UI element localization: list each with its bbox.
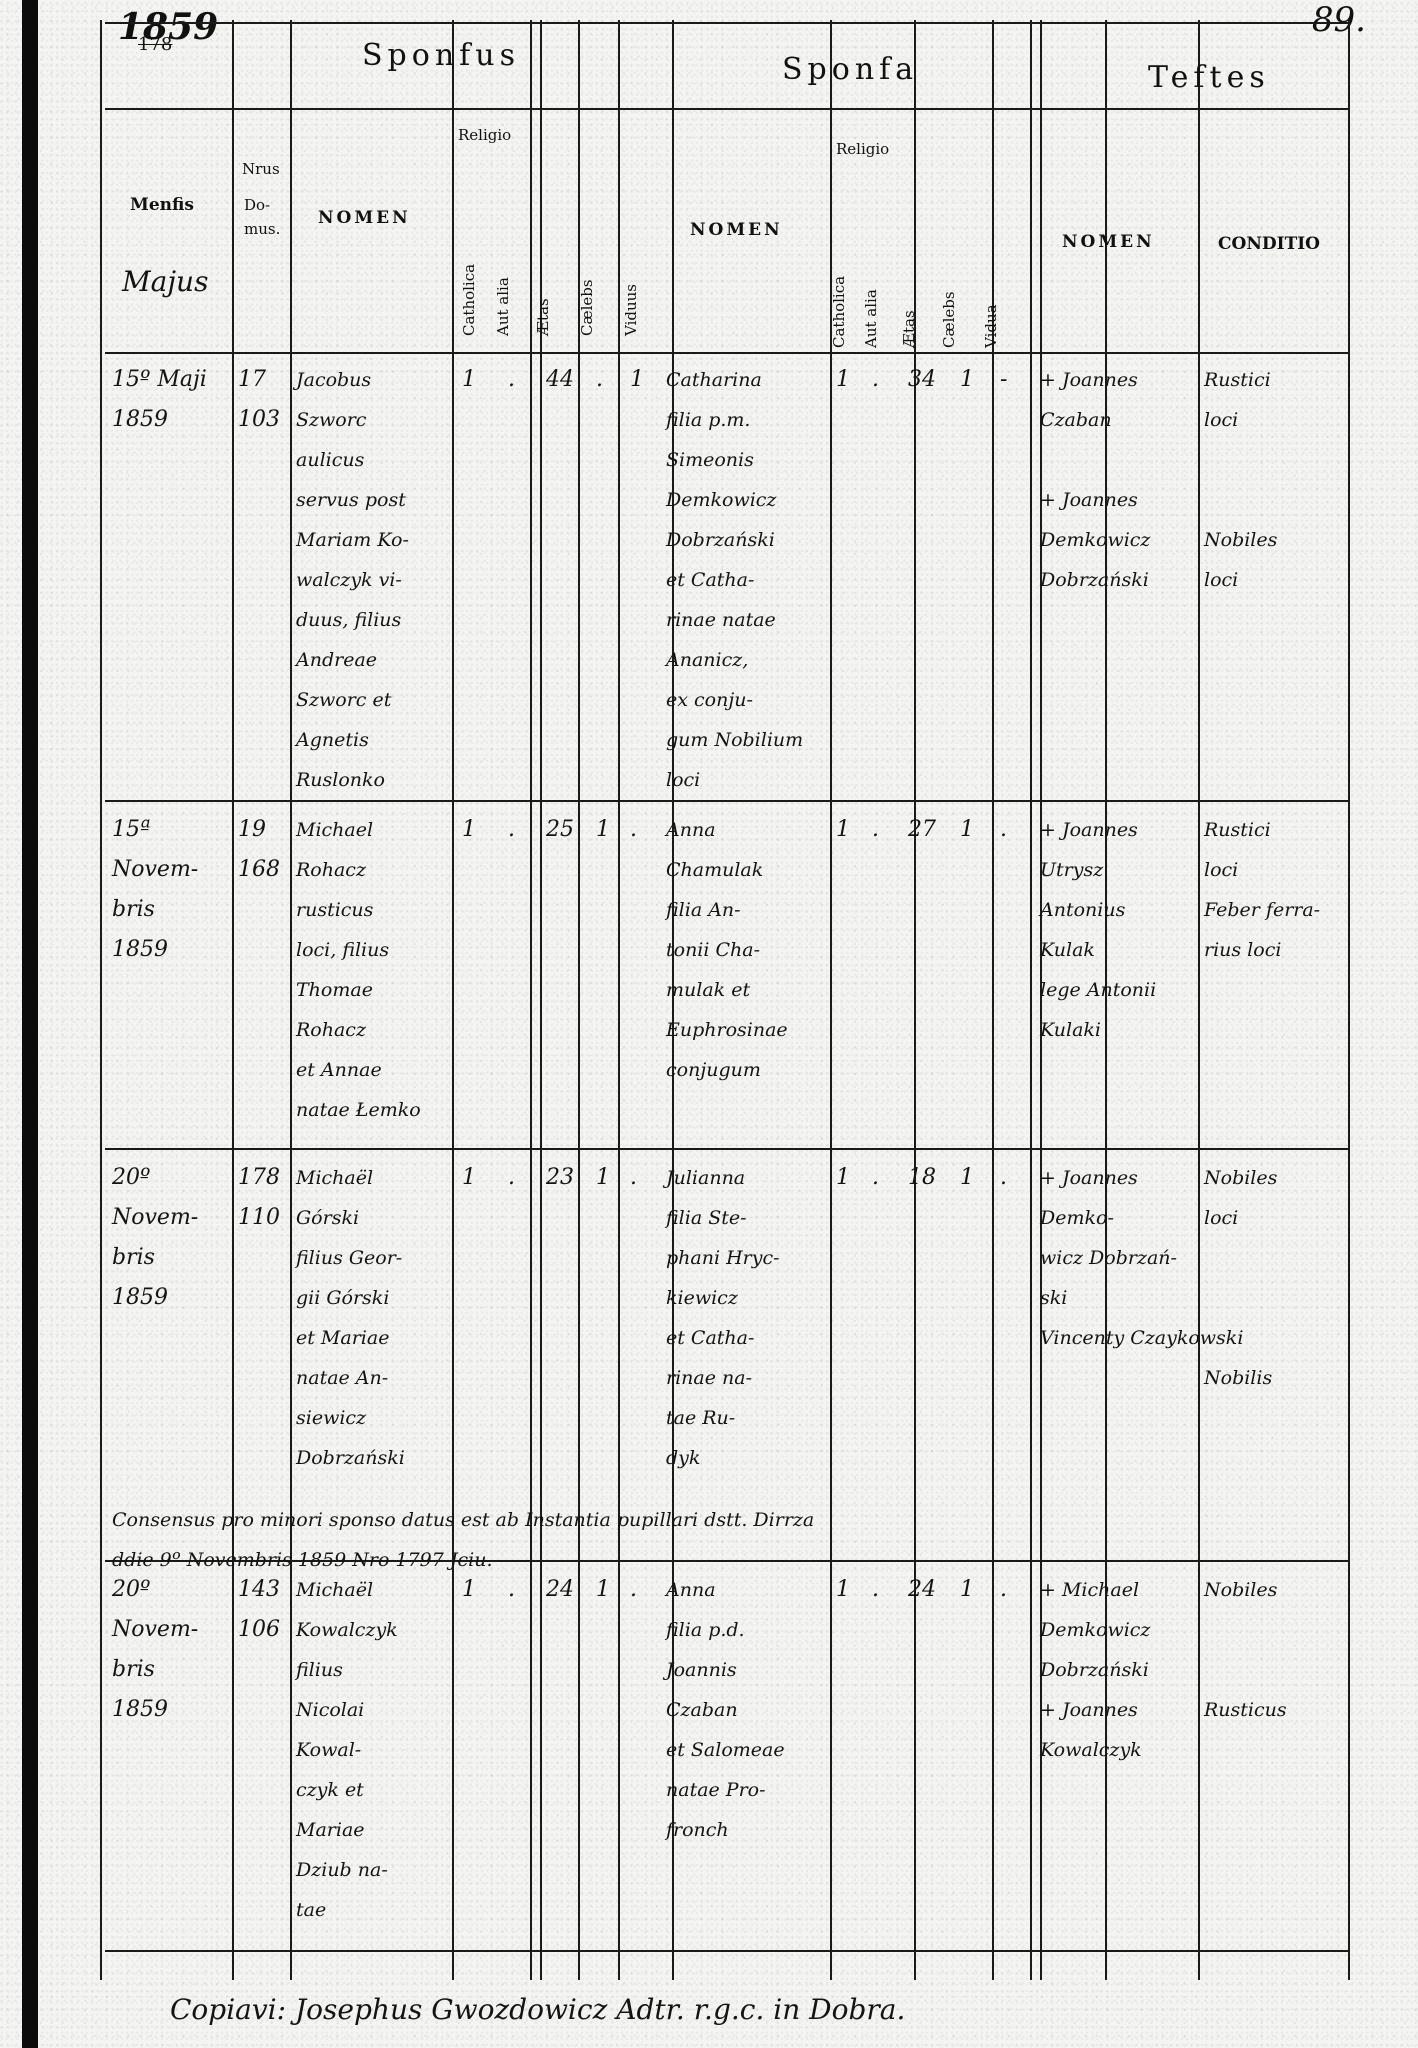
column-rule [1198,20,1200,1980]
header-groom-name: NOMEN [318,208,411,228]
entry-groom-aetas: 23 [546,1158,574,1198]
header-witness-name: NOMEN [1062,232,1155,252]
entry-bride-aut-alia: . [872,360,879,400]
header-house-number-1: Nrus [242,160,280,178]
header-bride-catholica: Catholica [830,276,848,348]
entry-groom: Michael Rohacz rusticus loci, filius Tho… [296,810,421,1130]
entry-bride: Anna Chamulak filia An- tonii Cha- mulak… [666,810,788,1090]
entry-groom: Michaël Kowalczyk filius Nicolai Kowal- … [296,1570,398,1930]
header-house-number-2: Do- [244,196,270,214]
entry-bride-aut-alia: . [872,1158,879,1198]
entry-bride-catholica: 1 [836,1570,850,1610]
header-house-number-3: mus. [244,220,280,238]
entry-bride-caelebs: 1 [960,1158,974,1198]
entry-bride-aetas: 24 [908,1570,936,1610]
entry-groom-caelebs: 1 [596,1570,610,1610]
entry-house: 178 110 [238,1158,280,1238]
entry-bride-aetas: 34 [908,360,936,400]
row-rule [105,22,1348,24]
column-rule [530,20,532,1980]
entry-groom: Michaël Górski filius Geor- gii Górski e… [296,1158,405,1478]
column-rule [618,20,620,1980]
entry-date: 15º Maji 1859 [112,360,207,440]
entry-bride-aut-alia: . [872,1570,879,1610]
column-rule [1030,20,1032,1980]
header-bride-name: NOMEN [690,220,783,240]
header-groom-aut-alia: Aut alia [494,277,512,336]
header-bride-caelebs: Cælebs [940,291,958,348]
column-rule [290,20,292,1980]
header-groom-viduus: Viduus [622,284,640,336]
row-rule [105,1148,1348,1150]
row-rule [105,108,1348,110]
entry-bride-vidua: . [1000,810,1007,850]
entry-bride: Catharina filia p.m. Simeonis Demkowicz … [666,360,803,800]
entry-witnesses: + Joannes Utrysz Antonius Kulak lege Ant… [1040,810,1156,1050]
entry-groom-aut-alia: . [508,810,515,850]
entry-conditions: Nobiles Rusticus [1204,1570,1287,1730]
header-bride-aut-alia: Aut alia [862,289,880,348]
row-rule [105,1950,1348,1952]
entry-conditions: Rustici loci Nobiles loci [1204,360,1277,600]
header-bride-group: Sponfa [782,52,918,87]
entry-groom-viduus: 1 [630,360,644,400]
entry-bride-caelebs: 1 [960,360,974,400]
entry-consensus-note: Consensus pro minori sponso datus est ab… [112,1500,814,1580]
entry-bride-catholica: 1 [836,1158,850,1198]
entry-bride: Julianna filia Ste- phani Hryc- kiewicz … [666,1158,780,1478]
header-bride-aetas: Ætas [900,310,918,348]
entry-bride-aetas: 18 [908,1158,936,1198]
copy-attestation: Copiavi: Josephus Gwozdowicz Adtr. r.g.c… [170,1990,905,2030]
entry-bride-vidua: . [1000,1570,1007,1610]
header-witness-condition: CONDITIO [1218,234,1320,254]
entry-bride-aut-alia: . [872,810,879,850]
row-rule [105,352,1348,354]
entry-bride: Anna filia p.d. Joannis Czaban et Salome… [666,1570,785,1850]
entry-groom-catholica: 1 [462,1158,476,1198]
entry-groom-aetas: 24 [546,1570,574,1610]
entry-witnesses: + Joannes Czaban + Joannes Demkowicz Dob… [1040,360,1150,600]
register-year-printed: 178 [138,34,172,55]
entry-groom-caelebs: 1 [596,1158,610,1198]
entry-bride-vidua: . [1000,1158,1007,1198]
entry-bride-catholica: 1 [836,360,850,400]
entry-date: 20º Novem- bris 1859 [112,1570,198,1730]
book-binding-edge [22,0,38,2048]
column-rule [232,20,234,1980]
entry-bride-aetas: 27 [908,810,936,850]
entry-witnesses: + Michael Demkowicz Dobrzański + Joannes… [1040,1570,1150,1770]
entry-date: 15ª Novem- bris 1859 [112,810,198,970]
header-groom-group: Sponfus [362,38,520,73]
header-groom-catholica: Catholica [460,264,478,336]
entry-date: 20º Novem- bris 1859 [112,1158,198,1318]
entry-groom-aetas: 44 [546,360,574,400]
page-number: 89. [1312,0,1366,40]
entry-groom-aut-alia: . [508,360,515,400]
entry-groom-aut-alia: . [508,1158,515,1198]
entry-groom-aut-alia: . [508,1570,515,1610]
header-bride-vidua: Vidua [982,304,1000,348]
column-rule [452,20,454,1980]
entry-house: 19 168 [238,810,280,890]
entry-groom-aetas: 25 [546,810,574,850]
entry-bride-caelebs: 1 [960,810,974,850]
entry-groom-catholica: 1 [462,810,476,850]
row-rule [105,800,1348,802]
entry-bride-vidua: - [1000,360,1007,400]
column-rule [1348,20,1350,1980]
entry-conditions: Nobiles loci Nobilis [1204,1158,1277,1398]
entry-groom-viduus: . [630,1570,637,1610]
entry-bride-caelebs: 1 [960,1570,974,1610]
entry-groom-catholica: 1 [462,360,476,400]
header-groom-religion: Religio [458,126,511,144]
entry-groom-caelebs: . [596,360,603,400]
entry-house: 17 103 [238,360,280,440]
entry-groom-caelebs: 1 [596,810,610,850]
column-rule [100,20,102,1980]
header-bride-religion: Religio [836,140,889,158]
header-month: Menfis [130,195,194,215]
header-month-value: Majus [122,262,208,302]
entry-groom-viduus: . [630,1158,637,1198]
entry-groom-catholica: 1 [462,1570,476,1610]
entry-conditions: Rustici loci Feber ferra- rius loci [1204,810,1320,970]
header-groom-caelebs: Cælebs [578,279,596,336]
entry-groom: Jacobus Szworc aulicus servus post Maria… [296,360,409,800]
entry-bride-catholica: 1 [836,810,850,850]
entry-groom-viduus: . [630,810,637,850]
header-witnesses-group: Teftes [1148,60,1270,95]
header-groom-aetas: Ætas [534,298,552,336]
entry-house: 143 106 [238,1570,280,1650]
